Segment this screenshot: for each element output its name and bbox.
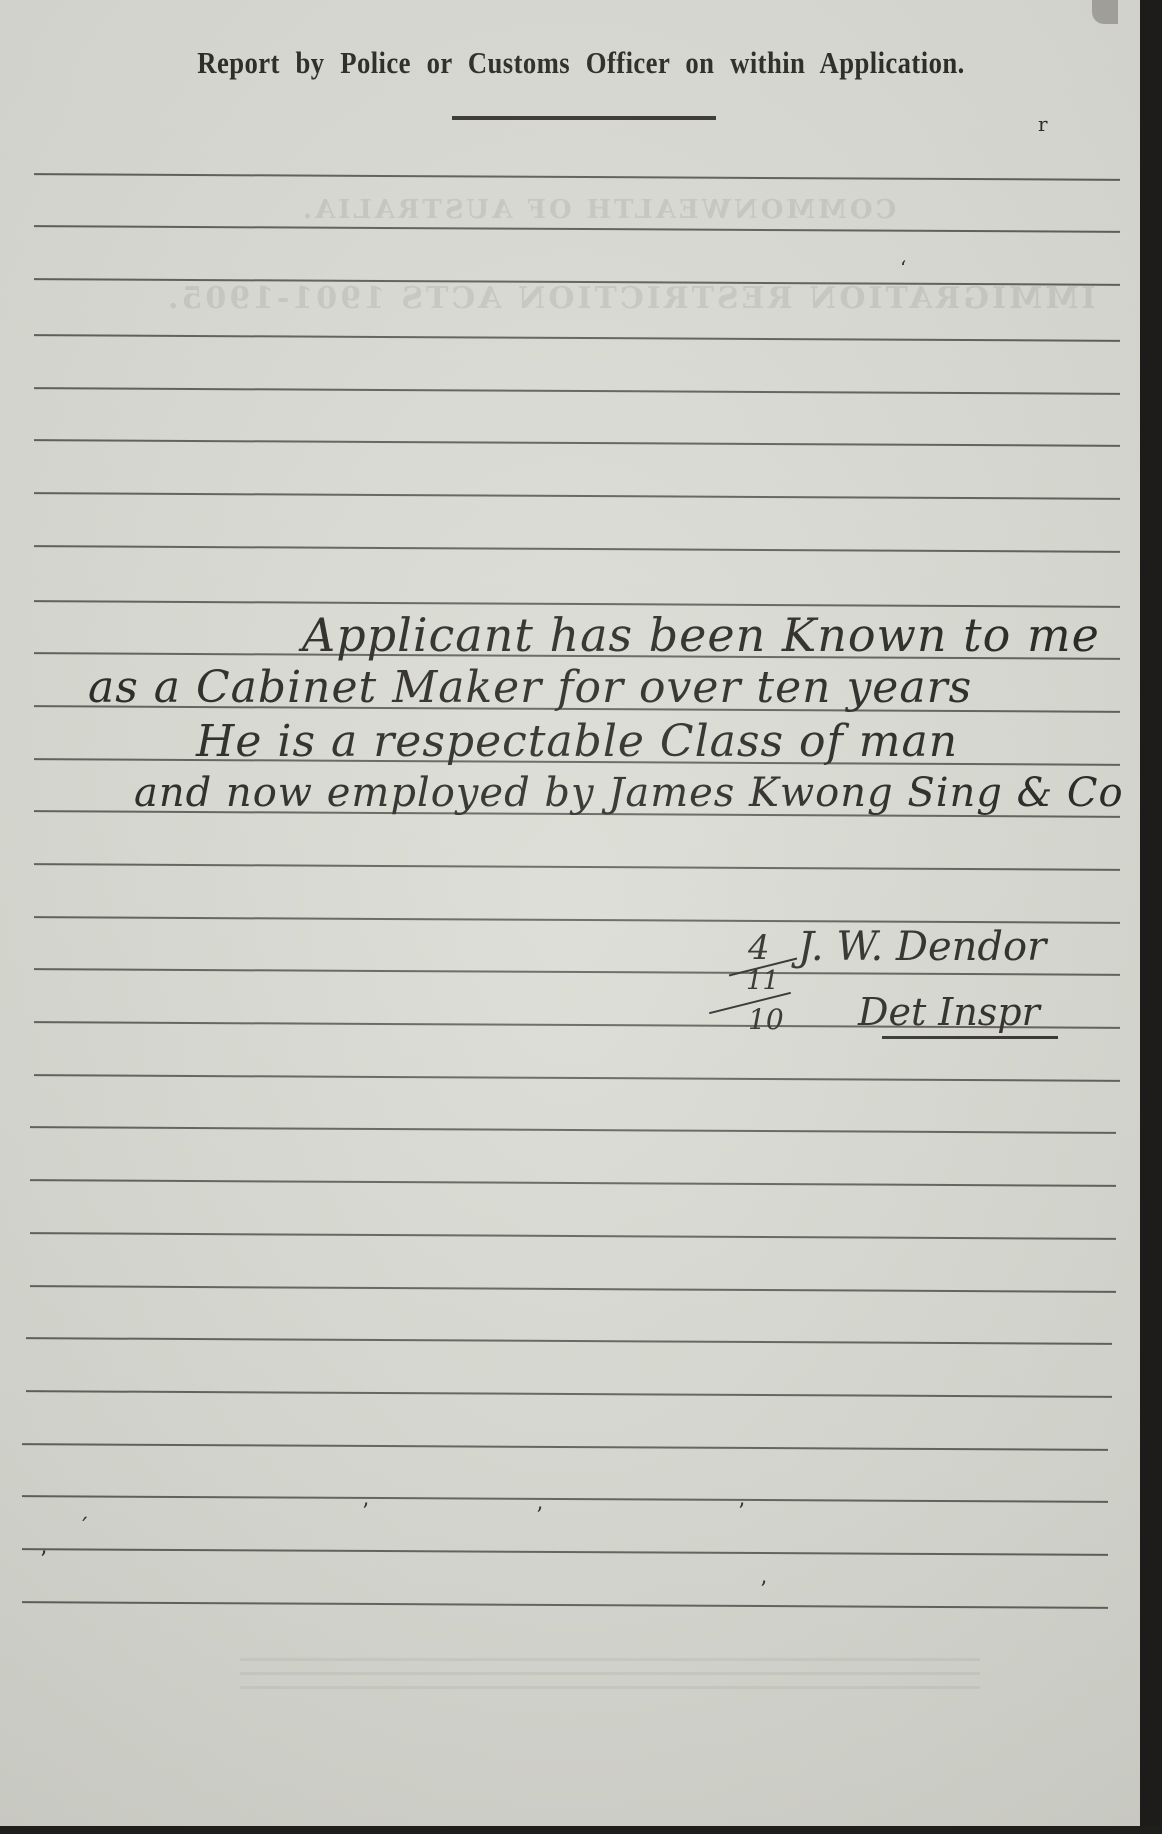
- signature-name: J. W. Dendor: [798, 924, 1046, 970]
- date-day: 4: [748, 928, 770, 968]
- ruled-line: [34, 492, 1120, 500]
- ruled-line: [22, 1495, 1108, 1503]
- ruled-line: [34, 439, 1120, 447]
- page-title: Report by Police or Customs Officer on w…: [81, 45, 1080, 81]
- signature-rank: Det Inspr: [858, 990, 1040, 1034]
- stray-mark: ’: [738, 1500, 745, 1525]
- ruled-line: [34, 1074, 1120, 1082]
- report-line-1: Applicant has been Known to me: [302, 608, 1100, 662]
- ruled-line: [34, 173, 1120, 181]
- title-underline: [452, 116, 716, 120]
- torn-corner: [1092, 0, 1118, 24]
- document-page: COMMONWEALTH OF AUSTRALIA. IMMIGRATION R…: [0, 0, 1140, 1826]
- ruled-line: [34, 863, 1120, 871]
- ruled-line: [34, 387, 1120, 395]
- bleed-through-heading-2: IMMIGRATION RESTRICTION ACTS 1901-1905.: [165, 281, 1096, 316]
- ruled-line: [22, 1601, 1108, 1609]
- stray-mark: r: [1038, 112, 1048, 136]
- ruled-line: [26, 1337, 1112, 1345]
- bleed-through-heading-1: COMMONWEALTH OF AUSTRALIA.: [300, 195, 896, 225]
- report-line-2: as a Cabinet Maker for over ten years: [88, 662, 972, 713]
- bleed-through-footnote: [240, 1658, 980, 1698]
- report-line-3: He is a respectable Class of man: [196, 716, 958, 767]
- stray-mark: ’: [536, 1504, 543, 1529]
- page-edge-bottom: [0, 1826, 1162, 1834]
- ruled-line: [34, 225, 1120, 233]
- ruled-line: [34, 334, 1120, 342]
- ruled-line: [30, 1285, 1116, 1293]
- report-line-4: and now employed by James Kwong Sing & C…: [134, 770, 1124, 816]
- ruled-line: [22, 1443, 1108, 1451]
- ruled-line: [26, 1390, 1112, 1398]
- date-year: 10: [748, 1003, 784, 1036]
- ruled-line: [34, 916, 1120, 924]
- ruled-line: [22, 1548, 1108, 1556]
- ruled-line: [30, 1179, 1116, 1187]
- page-edge-right: [1140, 0, 1162, 1834]
- ruled-line: [34, 545, 1120, 553]
- stray-mark: ’: [760, 1578, 767, 1603]
- ruled-line: [34, 600, 1120, 608]
- stray-mark: ’: [40, 1548, 47, 1573]
- ruled-line: [30, 1126, 1116, 1134]
- stray-mark: ´: [78, 1516, 89, 1541]
- signature-underline: [882, 1036, 1058, 1039]
- date-month: 11: [746, 966, 779, 996]
- ruled-line: [30, 1232, 1116, 1240]
- stray-mark: ‘: [900, 256, 906, 280]
- stray-mark: ’: [362, 1500, 369, 1525]
